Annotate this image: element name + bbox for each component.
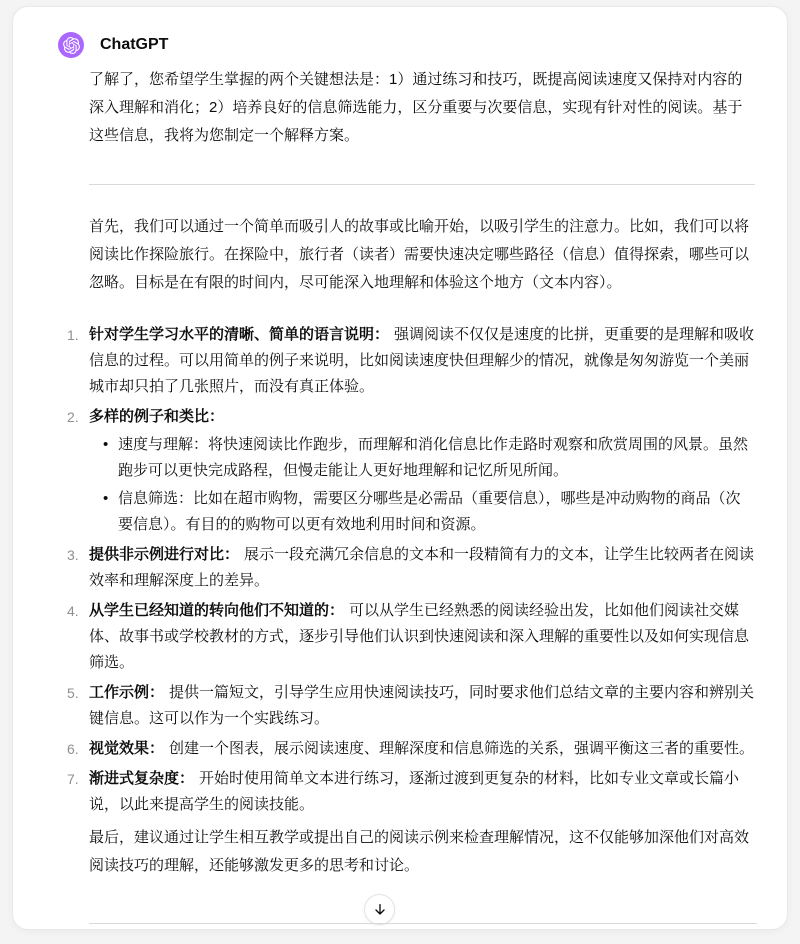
strategy-list: 1. 针对学生学习水平的清晰、简单的语言说明：强调阅读不仅仅是速度的比拼，更重要… [89, 322, 755, 818]
arrow-down-icon [372, 902, 388, 918]
list-item-text: 创建一个图表，展示阅读速度、理解深度和信息筛选的关系，强调平衡这三者的重要性。 [169, 740, 754, 757]
bottom-divider [89, 923, 757, 924]
message-divider [89, 184, 755, 185]
list-item-number: 4. [67, 598, 79, 624]
list-item-number: 3. [67, 542, 79, 568]
list-item-number: 7. [67, 766, 79, 792]
list-item-title: 从学生已经知道的转向他们不知道的： [89, 602, 344, 619]
list-item-title: 渐进式复杂度： [89, 770, 194, 787]
intro-paragraph: 了解了，您希望学生掌握的两个关键想法是：1）通过练习和技巧，既提高阅读速度又保持… [89, 66, 755, 150]
list-item-text: 提供一篇短文，引导学生应用快速阅读技巧，同时要求他们总结文章的主要内容和辨别关键… [89, 684, 754, 727]
list-item: 2. 多样的例子和类比： 速度与理解：将快速阅读比作跑步，而理解和消化信息比作走… [89, 404, 755, 538]
list-item-title: 视觉效果： [89, 740, 164, 757]
list-item-title: 工作示例： [89, 684, 164, 701]
closing-paragraph: 最后，建议通过让学生相互教学或提出自己的阅读示例来检查理解情况，这不仅能够加深他… [89, 824, 755, 880]
list-item: 5. 工作示例：提供一篇短文，引导学生应用快速阅读技巧，同时要求他们总结文章的主… [89, 680, 755, 732]
bullet-item: 速度与理解：将快速阅读比作跑步，而理解和消化信息比作走路时观察和欣赏周围的风景。… [89, 432, 755, 484]
list-item: 4. 从学生已经知道的转向他们不知道的：可以从学生已经熟悉的阅读经验出发，比如他… [89, 598, 755, 676]
openai-logo-icon [63, 37, 80, 54]
list-item: 6. 视觉效果：创建一个图表，展示阅读速度、理解深度和信息筛选的关系，强调平衡这… [89, 736, 755, 762]
list-item: 3. 提供非示例进行对比：展示一段充满冗余信息的文本和一段精简有力的文本，让学生… [89, 542, 755, 594]
list-item-number: 5. [67, 680, 79, 706]
chatgpt-avatar [58, 32, 84, 58]
list-item-title: 针对学生学习水平的清晰、简单的语言说明： [89, 326, 389, 343]
bullet-item: 信息筛选：比如在超市购物，需要区分哪些是必需品（重要信息），哪些是冲动购物的商品… [89, 486, 755, 538]
list-item-title: 提供非示例进行对比： [89, 546, 239, 563]
second-paragraph: 首先，我们可以通过一个简单而吸引人的故事或比喻开始，以吸引学生的注意力。比如，我… [89, 213, 755, 297]
list-item-title: 多样的例子和类比： [89, 408, 224, 425]
message-body: 了解了，您希望学生掌握的两个关键想法是：1）通过练习和技巧，既提高阅读速度又保持… [89, 66, 755, 880]
message-header: ChatGPT [58, 32, 755, 58]
list-item: 7. 渐进式复杂度：开始时使用简单文本进行练习，逐渐过渡到更复杂的材料，比如专业… [89, 766, 755, 818]
list-item: 1. 针对学生学习水平的清晰、简单的语言说明：强调阅读不仅仅是速度的比拼，更重要… [89, 322, 755, 400]
list-item-number: 6. [67, 736, 79, 762]
scroll-to-bottom-button[interactable] [364, 894, 395, 925]
list-item-bullets: 速度与理解：将快速阅读比作跑步，而理解和消化信息比作走路时观察和欣赏周围的风景。… [89, 432, 755, 538]
assistant-name: ChatGPT [100, 36, 168, 54]
chat-message-card: ChatGPT 了解了，您希望学生掌握的两个关键想法是：1）通过练习和技巧，既提… [12, 6, 788, 930]
list-item-number: 1. [67, 322, 79, 348]
list-item-number: 2. [67, 404, 79, 430]
